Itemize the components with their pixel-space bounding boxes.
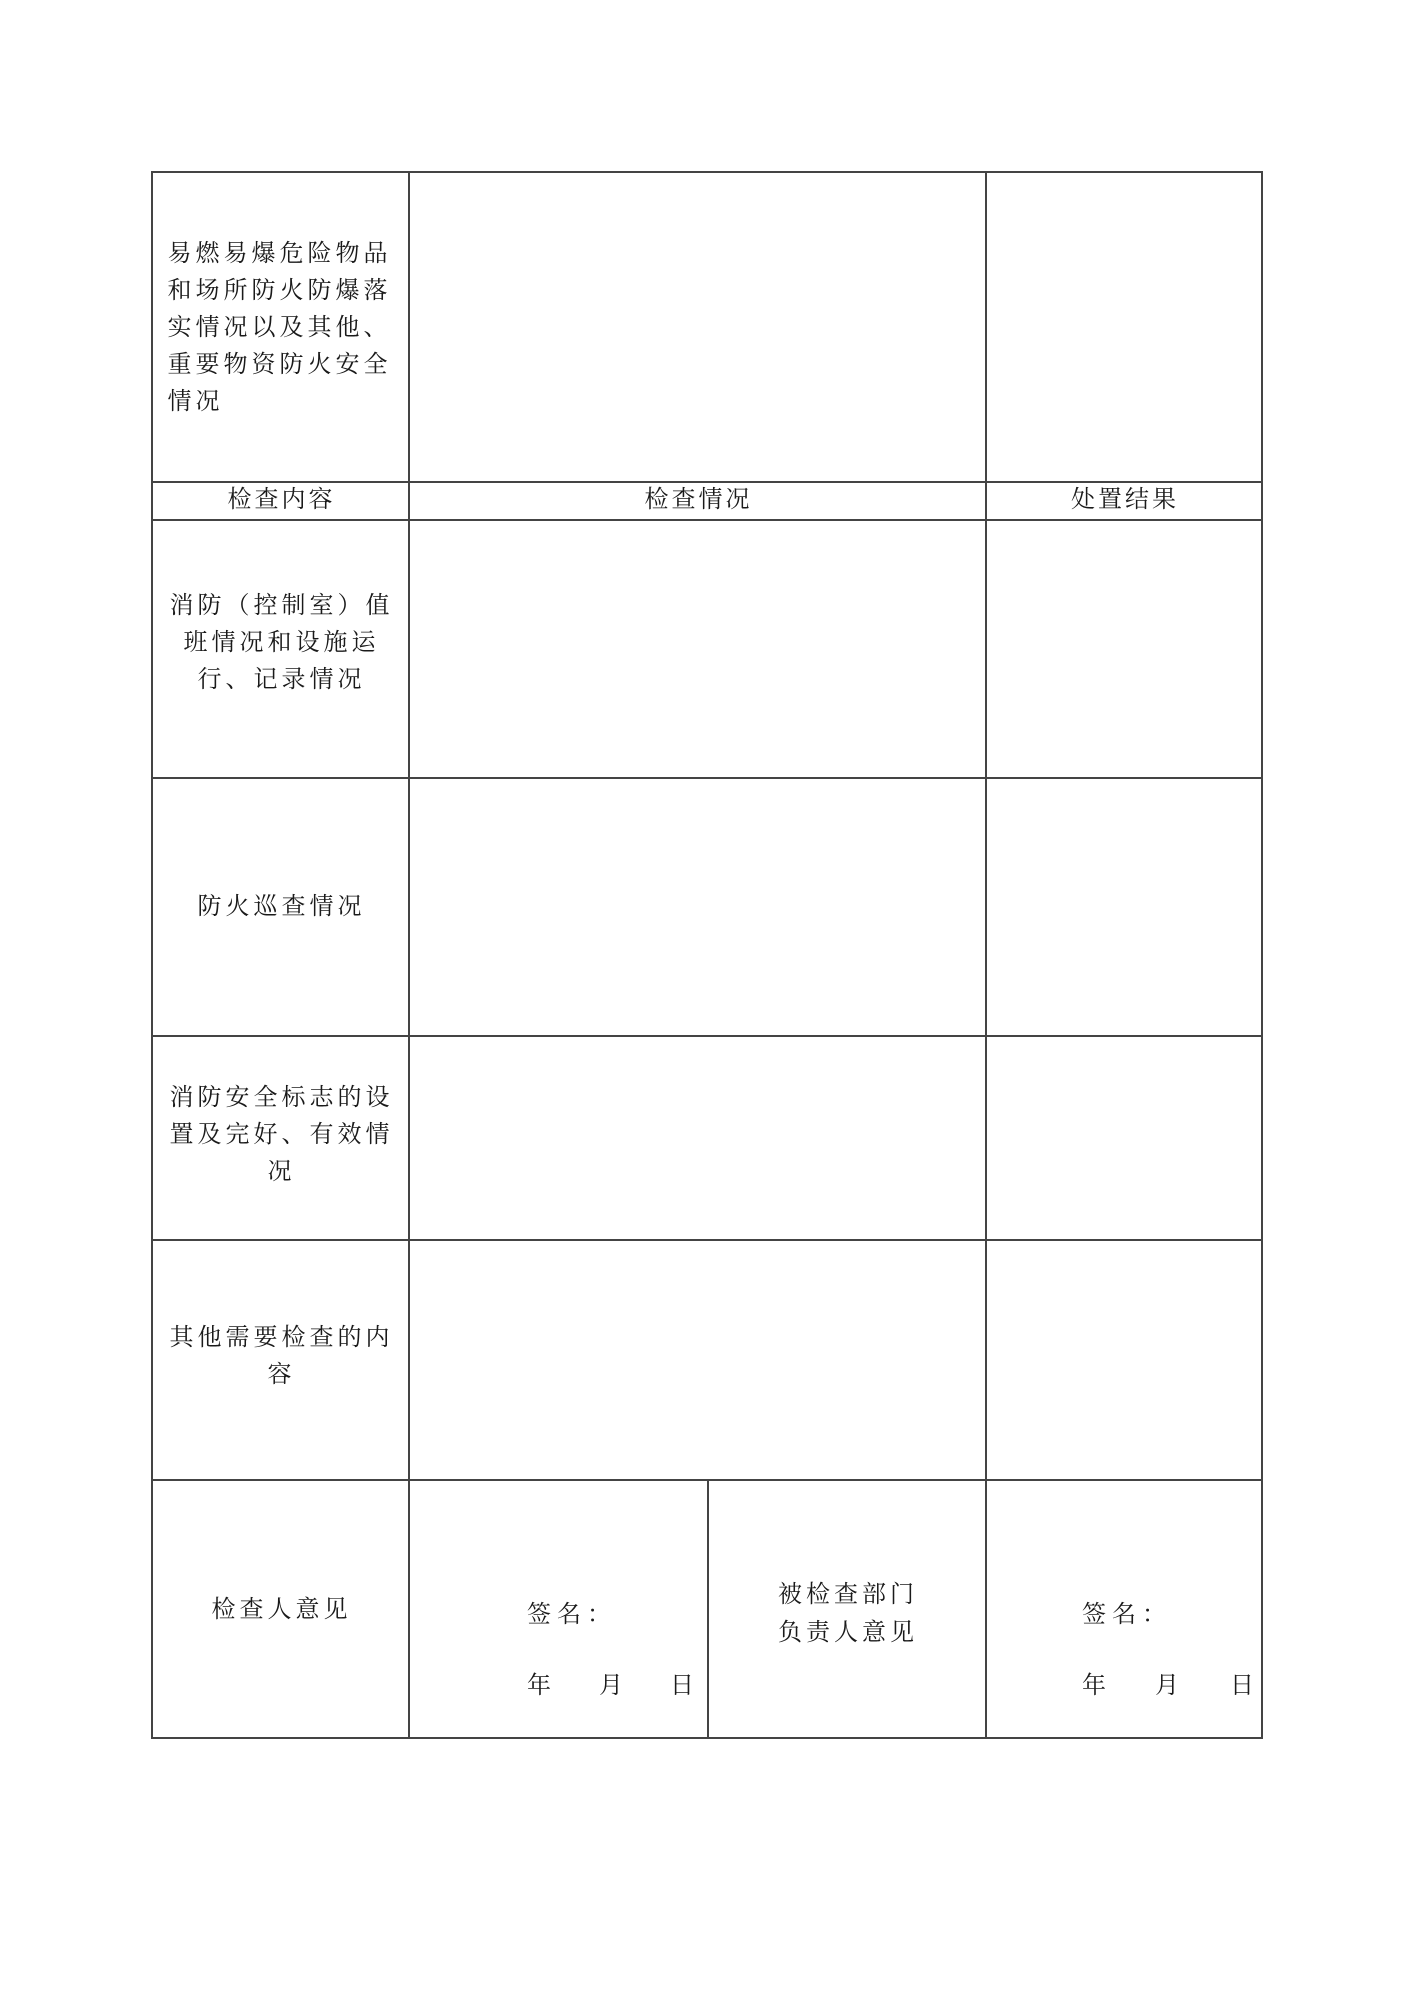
dept-head-label-line2: 负责人意见 <box>778 1613 918 1651</box>
dept-head-signature-cell[interactable]: 签名： 年 月 日 <box>987 1479 1263 1739</box>
row-1-result-cell[interactable] <box>987 519 1263 777</box>
row-2-item-cell: 防火巡查情况 <box>153 777 410 1035</box>
dept-head-opinion-label-cell: 被检查部门 负责人意见 <box>709 1479 987 1739</box>
row-3-situation-cell[interactable] <box>410 1035 987 1239</box>
row-2-situation-cell[interactable] <box>410 777 987 1035</box>
row-4-item-cell: 其他需要检查的内容 <box>153 1239 410 1479</box>
top-row-item-cell: 易燃易爆危险物品和场所防火防爆落实情况以及其他、重要物资防火安全情况 <box>153 173 410 481</box>
row-2-result-cell[interactable] <box>987 777 1263 1035</box>
inspector-opinion-label: 检查人意见 <box>212 1591 352 1628</box>
top-row-item-text: 易燃易爆危险物品和场所防火防爆落实情况以及其他、重要物资防火安全情况 <box>168 235 396 420</box>
inspection-table: 易燃易爆危险物品和场所防火防爆落实情况以及其他、重要物资防火安全情况 检查内容 … <box>151 171 1263 1739</box>
header-content-label: 检查内容 <box>228 481 336 517</box>
header-result-label: 处置结果 <box>1071 481 1179 517</box>
row-3-result-cell[interactable] <box>987 1035 1263 1239</box>
header-content-cell: 检查内容 <box>153 481 410 519</box>
inspector-date-day: 日 <box>670 1665 694 1700</box>
row-3-item-cell: 消防安全标志的设置及完好、有效情况 <box>153 1035 410 1239</box>
top-row-result-cell[interactable] <box>987 173 1263 481</box>
row-4-item-text: 其他需要检查的内容 <box>166 1319 398 1393</box>
row-4-situation-cell[interactable] <box>410 1239 987 1479</box>
dept-head-date-month: 月 <box>1155 1665 1179 1700</box>
row-1-situation-cell[interactable] <box>410 519 987 777</box>
dept-head-date-year: 年 <box>1082 1665 1106 1700</box>
header-result-cell: 处置结果 <box>987 481 1263 519</box>
top-row-situation-cell[interactable] <box>410 173 987 481</box>
row-1-item-text: 消防（控制室）值班情况和设施运行、记录情况 <box>166 587 398 698</box>
row-1-item-cell: 消防（控制室）值班情况和设施运行、记录情况 <box>153 519 410 777</box>
row-4-result-cell[interactable] <box>987 1239 1263 1479</box>
inspection-form-page: 易燃易爆危险物品和场所防火防爆落实情况以及其他、重要物资防火安全情况 检查内容 … <box>0 0 1414 2000</box>
inspector-date-year: 年 <box>527 1665 551 1700</box>
dept-head-sign-label: 签名： <box>1082 1594 1172 1629</box>
inspector-date-month: 月 <box>599 1665 623 1700</box>
inspector-signature-cell[interactable]: 签名： 年 月 日 <box>410 1479 709 1739</box>
inspector-opinion-label-cell: 检查人意见 <box>153 1479 410 1739</box>
dept-head-date-day: 日 <box>1230 1665 1254 1700</box>
row-2-item-text: 防火巡查情况 <box>166 888 398 925</box>
row-3-item-text: 消防安全标志的设置及完好、有效情况 <box>166 1079 398 1190</box>
header-situation-cell: 检查情况 <box>410 481 987 519</box>
dept-head-label-line1: 被检查部门 <box>778 1575 918 1613</box>
header-situation-label: 检查情况 <box>645 481 753 517</box>
inspector-sign-label: 签名： <box>527 1594 617 1629</box>
